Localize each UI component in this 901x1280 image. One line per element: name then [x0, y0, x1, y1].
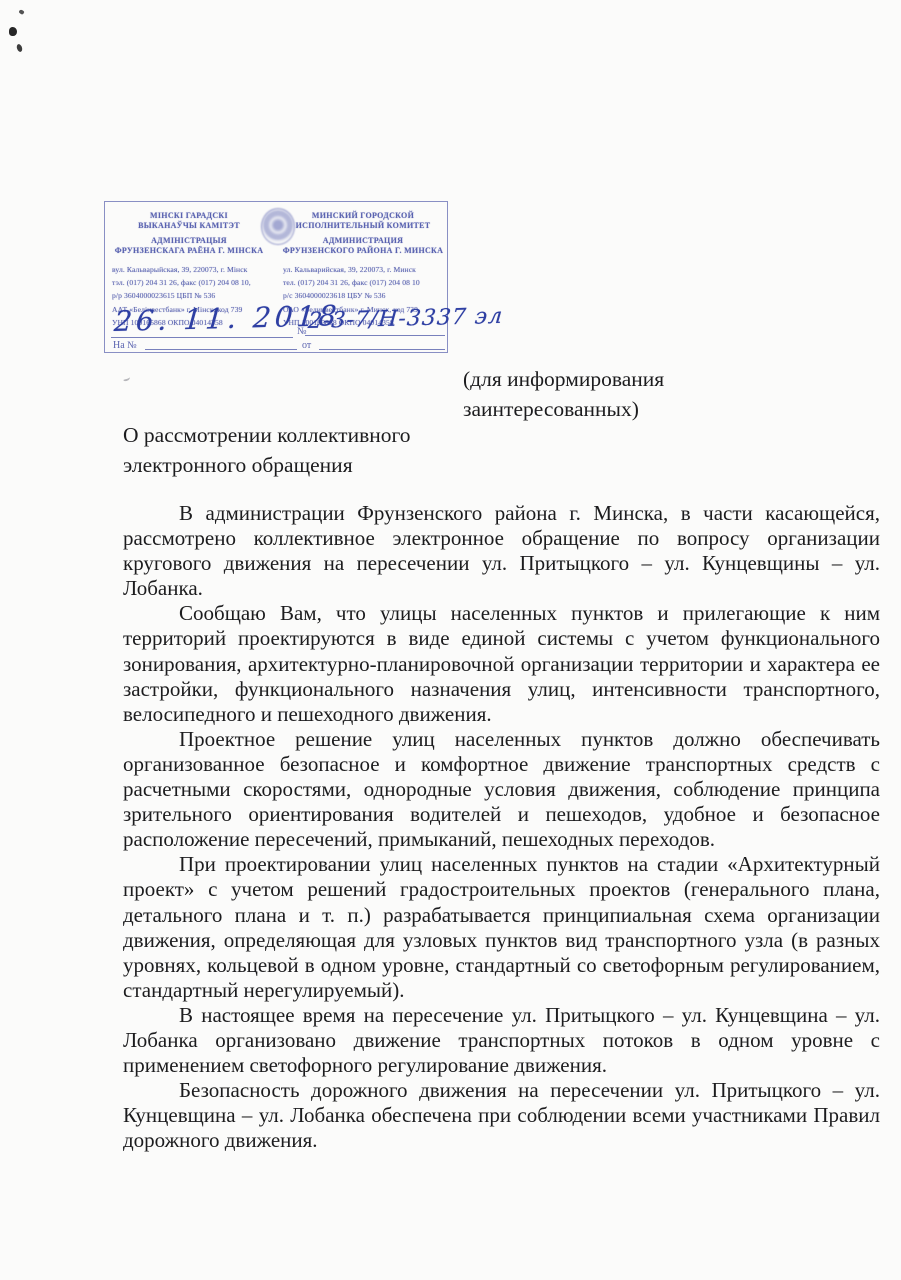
ink-speck	[9, 27, 17, 36]
annotation-line: (для информирования	[463, 364, 664, 394]
letter-body: В администрации Фрунзенского района г. М…	[123, 501, 880, 1153]
org-name-line: ФРУНЗЕНСКОГО РАЙОНА Г. МИНСКА	[281, 246, 445, 256]
org-name-line: ИСПОЛНИТЕЛЬНЫЙ КОМИТЕТ	[281, 221, 445, 231]
body-paragraph: Проектное решение улиц населенных пункто…	[123, 727, 880, 852]
org-name-line: МИНСКИЙ ГОРОДСКОЙ	[281, 211, 445, 221]
address-line: вул. Кальварыйская, 39, 220073, г. Мінск	[112, 263, 277, 276]
address-line: ул. Кальварийская, 39, 220073, г. Минск	[283, 263, 448, 276]
body-paragraph: Сообщаю Вам, что улицы населенных пункто…	[123, 601, 880, 726]
from-label: от	[302, 340, 311, 351]
body-paragraph: В настоящее время на пересечение ул. При…	[123, 1003, 880, 1078]
letter-subject: О рассмотрении коллективного электронног…	[123, 420, 411, 480]
org-name-line: ФРУНЗЕНСКАГА РАЁНА Г. МІНСКА	[107, 246, 271, 256]
org-name-line: МІНСКІ ГАРАДСКІ	[107, 211, 271, 221]
org-name-line: АДМИНИСТРАЦИЯ	[281, 236, 445, 246]
address-line: тел. (017) 204 31 26, факс (017) 204 08 …	[283, 276, 448, 289]
pencil-mark	[122, 375, 130, 382]
body-paragraph: Безопасность дорожного движения на перес…	[123, 1078, 880, 1153]
org-name-line: АДМІНІСТРАЦЫЯ	[107, 236, 271, 246]
body-paragraph: В администрации Фрунзенского района г. М…	[123, 501, 880, 601]
number-underline	[305, 335, 445, 336]
subject-line: О рассмотрении коллективного	[123, 420, 411, 450]
ink-speck	[16, 43, 23, 52]
annotation-line: заинтересованных)	[463, 394, 664, 424]
scanned-letter-page: МІНСКІ ГАРАДСКІ ВЫКАНАЎЧЫ КАМІТЭТ АДМІНІ…	[0, 0, 901, 1280]
date-underline	[111, 337, 293, 338]
letterhead-stamp: МІНСКІ ГАРАДСКІ ВЫКАНАЎЧЫ КАМІТЭТ АДМІНІ…	[104, 201, 448, 353]
address-line: тэл. (017) 204 31 26, факс (017) 204 08 …	[112, 276, 277, 289]
body-paragraph: При проектировании улиц населенных пункт…	[123, 852, 880, 1003]
recipient-annotation: (для информирования заинтересованных)	[463, 364, 664, 424]
org-name-line: ВЫКАНАЎЧЫ КАМІТЭТ	[107, 221, 271, 231]
ref-underline	[145, 349, 297, 350]
org-name-belarusian: МІНСКІ ГАРАДСКІ ВЫКАНАЎЧЫ КАМІТЭТ АДМІНІ…	[107, 211, 271, 256]
ref-number-label: На №	[113, 340, 137, 351]
ink-speck	[18, 9, 24, 15]
org-name-russian: МИНСКИЙ ГОРОДСКОЙ ИСПОЛНИТЕЛЬНЫЙ КОМИТЕТ…	[281, 211, 445, 256]
from-underline	[319, 349, 445, 350]
subject-line: электронного обращения	[123, 450, 411, 480]
handwritten-outgoing-number: 2-3-7/Н-3337 эл	[307, 304, 504, 334]
